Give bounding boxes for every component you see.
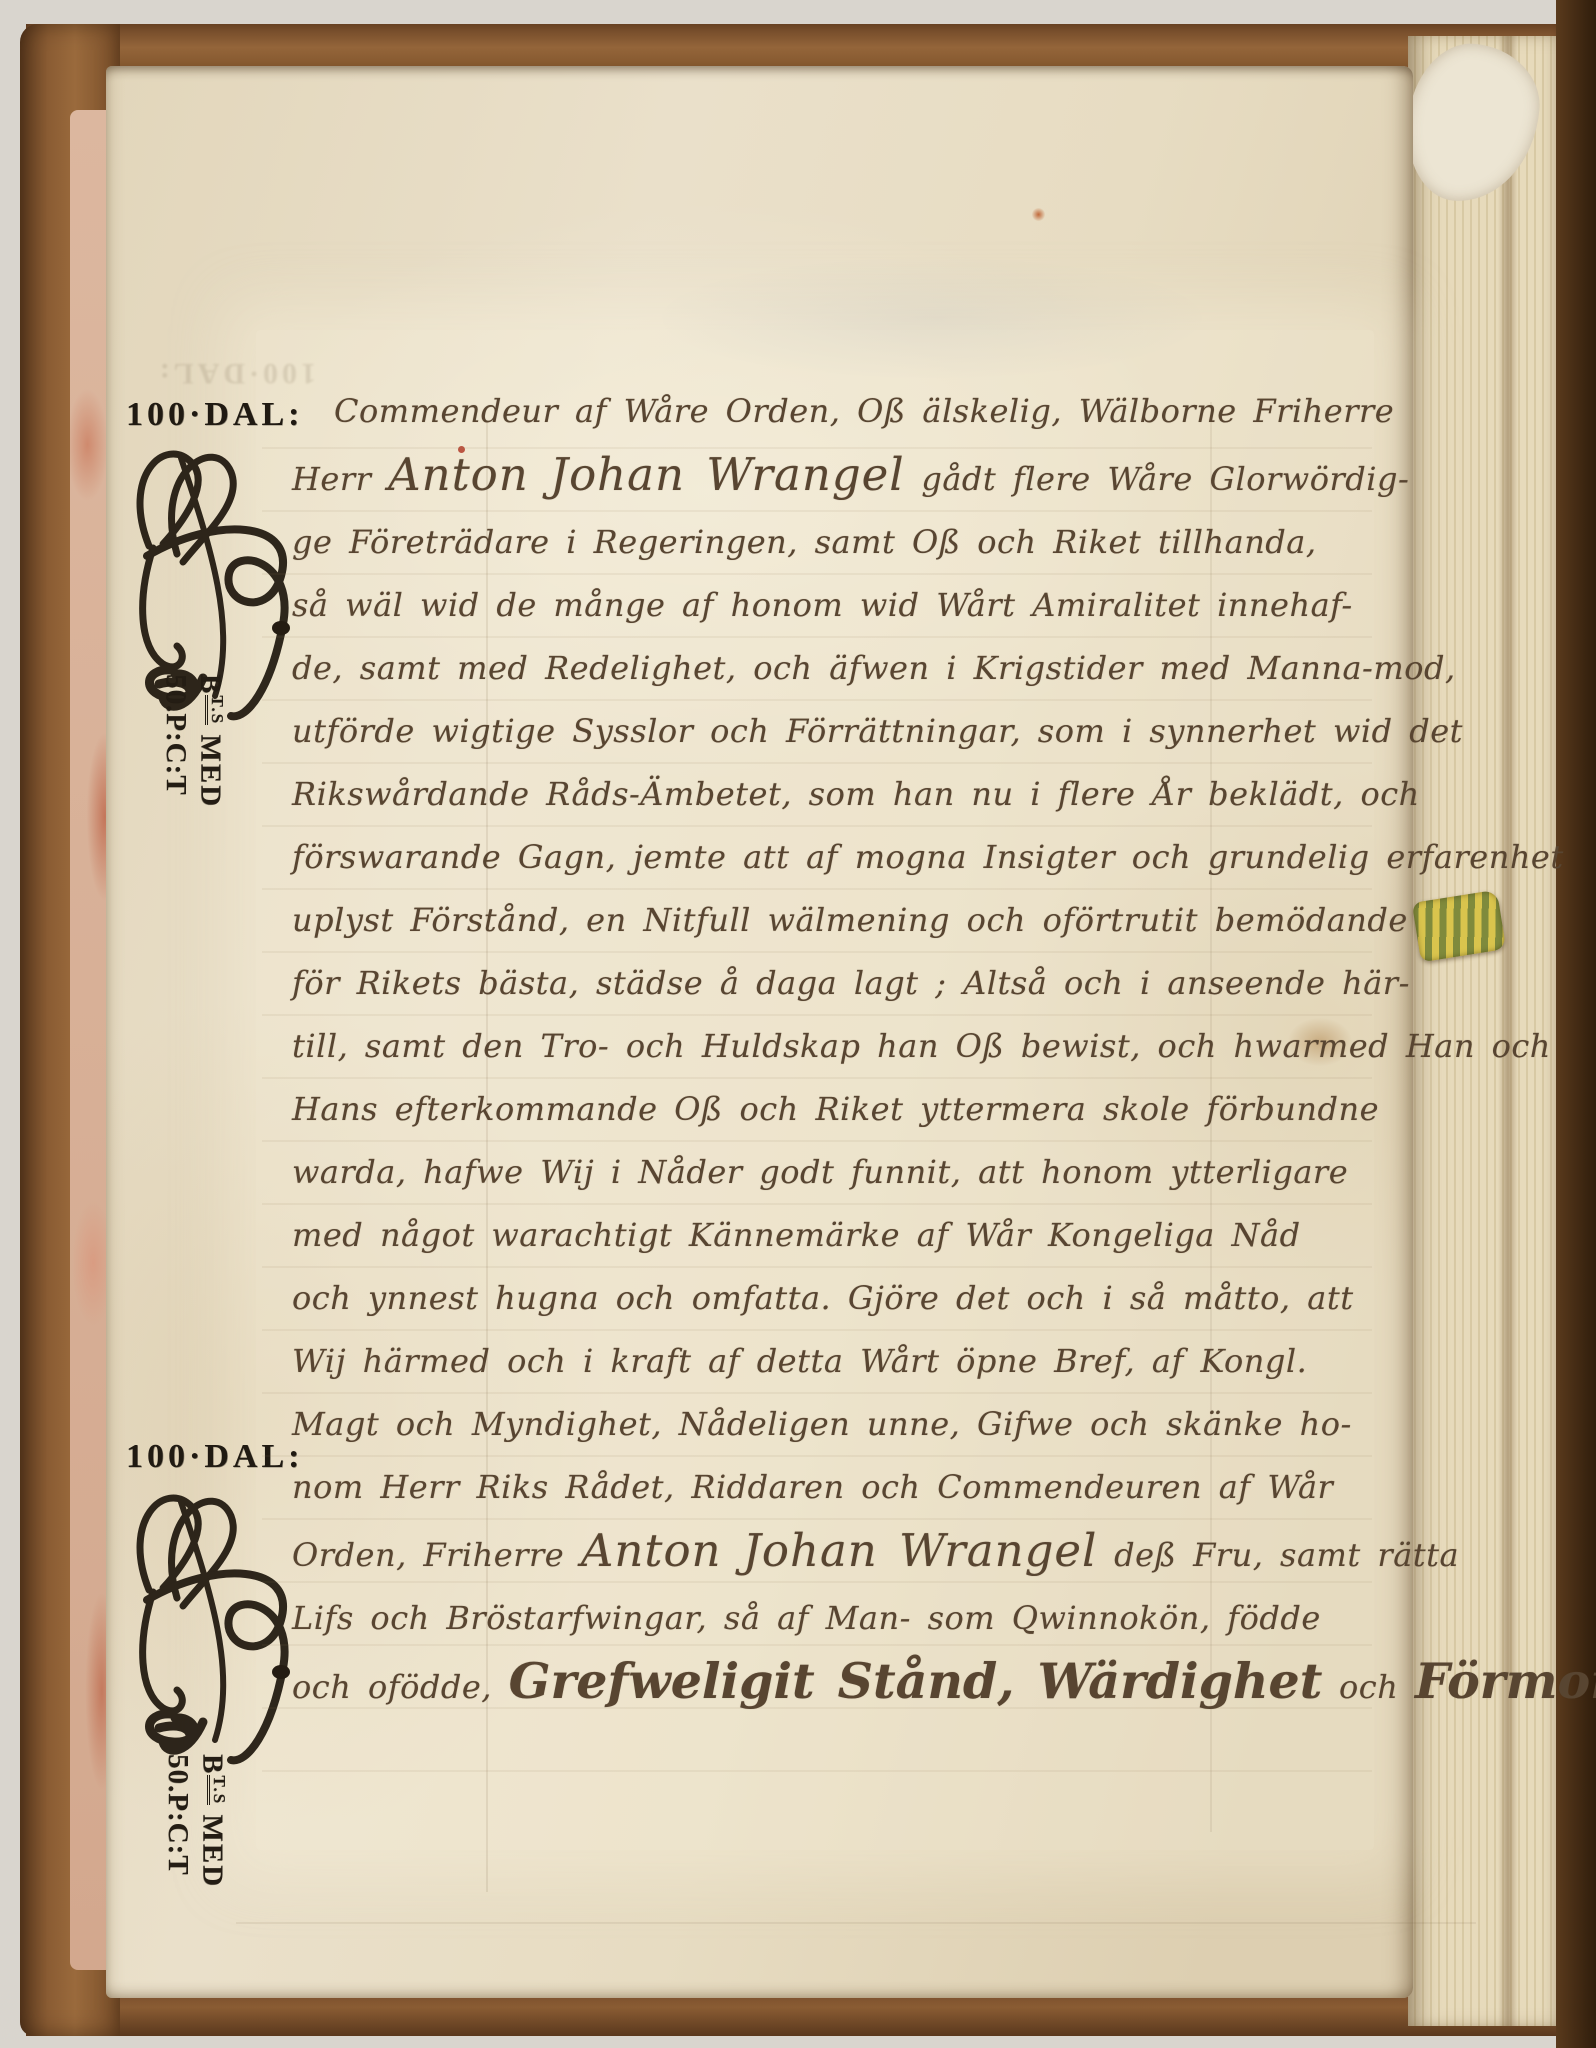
- manuscript-line: Magt och Myndighet, Nådeligen unne, Gifw…: [292, 1393, 1378, 1456]
- manuscript-line: Hans efterkommande Oß och Riket yttermer…: [292, 1078, 1378, 1141]
- stamp-duty-text: BT.S MED 50.P:C:T: [159, 674, 234, 852]
- leather-cover-right: [1556, 0, 1596, 2048]
- manuscript-line: Rikswårdande Råds-Ämbetet, som han nu i …: [292, 763, 1378, 826]
- manuscript-line: nom Herr Riks Rådet, Riddaren och Commen…: [292, 1456, 1378, 1519]
- rust-spot: [1032, 208, 1045, 221]
- stamp-duty-line1: BT.S MED: [193, 674, 234, 852]
- manuscript-line: till, samt den Tro- och Huldskap han Oß …: [292, 1015, 1378, 1078]
- manuscript-line: utförde wigtige Sysslor och Förrättninga…: [292, 700, 1378, 763]
- manuscript-line-decorated: och ofödde, Grefweligit Stånd, Wärdighet…: [292, 1650, 1378, 1719]
- manuscript-line: Lifs och Bröstarfwingar, så af Man- som …: [292, 1587, 1378, 1650]
- manuscript-line: Orden, Friherre Anton Johan Wrangel deß …: [292, 1519, 1378, 1587]
- manuscript-text-block: Commendeur af Wåre Orden, Oß älskelig, W…: [292, 380, 1378, 1719]
- decorated-word: Wärdighet: [1014, 1652, 1322, 1710]
- manuscript-line: Herr Anton Johan Wrangel gådt flere Wåre…: [292, 443, 1378, 511]
- manuscript-line: ge Företrädare i Regeringen, samt Oß och…: [292, 511, 1378, 574]
- name-anton-johan-wrangel: Anton Johan Wrangel: [581, 1524, 1098, 1577]
- manuscript-line: med något warachtigt Kännemärke af Wår K…: [292, 1204, 1378, 1267]
- manuscript-line: så wäl wid de månge af honom wid Wårt Am…: [292, 574, 1378, 637]
- manuscript-line: uplyst Förstånd, en Nitfull wälmening oc…: [292, 889, 1378, 952]
- manuscript-line: Commendeur af Wåre Orden, Oß älskelig, W…: [292, 380, 1378, 443]
- ghost-stamp-impression: 100·DAL:: [146, 332, 316, 390]
- decorated-word: Grefweligit Stånd,: [509, 1652, 1015, 1710]
- manuscript-line: warda, hafwe Wij i Nåder godt funnit, at…: [292, 1141, 1378, 1204]
- stamp-duty-text: BT.S MED 50.P:C:T: [161, 1754, 236, 1932]
- horizontal-crease: [236, 1922, 1476, 1924]
- manuscript-scan: 100·DAL: 100·DAL: BT.S MED 50.P:C:T 100·…: [0, 0, 1596, 2048]
- stamp-duty-line2: 50.P:C:T: [161, 1754, 195, 1932]
- faint-smudge: [662, 258, 1202, 378]
- stamp-duty-line1: BT.S MED: [195, 1754, 236, 1932]
- manuscript-line: förswarande Gagn, jemte att af mogna Ins…: [292, 826, 1378, 889]
- manuscript-line: Wij härmed och i kraft af detta Wårt öpn…: [292, 1330, 1378, 1393]
- manuscript-line: för Rikets bästa, städse å daga lagt ; A…: [292, 952, 1378, 1015]
- stamp-duty-line2: 50.P:C:T: [159, 674, 193, 852]
- manuscript-line: de, samt med Redelighet, och äfwen i Kri…: [292, 637, 1378, 700]
- decorated-word: Förmoner,: [1415, 1652, 1596, 1710]
- name-anton-johan-wrangel: Anton Johan Wrangel: [388, 448, 905, 501]
- manuscript-line: och ynnest hugna och omfatta. Gjöre det …: [292, 1267, 1378, 1330]
